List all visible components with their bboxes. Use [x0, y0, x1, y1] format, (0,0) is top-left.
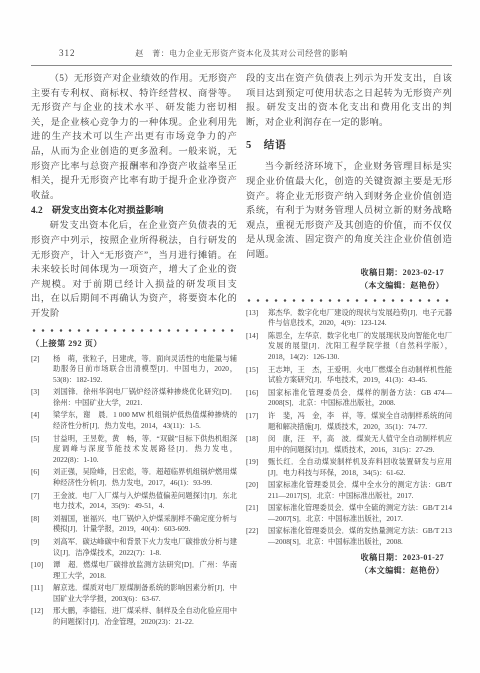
reference-text: 国家标准化管理委员会．煤中全硫的测定方法：GB/T 214—2007[S]．北京…: [268, 503, 452, 525]
two-column-body: （5）无形资产对企业绩效的作用。无形资产主要有专利权、商标权、特许经营权、商誉等…: [31, 72, 452, 629]
reference-item: [21] 国家标准化管理委员会．煤中全硫的测定方法：GB/T 214—2007[…: [246, 503, 452, 525]
reference-number: [3]: [31, 387, 53, 398]
paper-page: 312 赵 菁：电力企业无形资产资本化及其对公司经营的影响 （5）无形资产对企业…: [0, 0, 480, 673]
reference-item: [2] 杨 萌，张粒子，吕建虎，等．面向灵活性的电能量与辅助服务日前市场联合出清…: [31, 354, 237, 386]
reference-text: 刘正强，吴险峰，吕宏彪，等．超超临界机组锅炉燃用煤种经济性分析[J]．热力发电，…: [53, 467, 237, 489]
reference-number: [13]: [246, 308, 268, 319]
reference-item: [12] 邢大鹏，李德钰．进厂煤采样、制样及全自动化验应用中的问题探讨[J]．冶…: [31, 606, 237, 628]
reference-number: [12]: [31, 606, 53, 617]
reference-text: 刘高军．碳达峰碳中和背景下火力发电厂碳排放分析与建议[J]．洁净煤技术，2022…: [53, 537, 237, 559]
reference-number: [11]: [31, 583, 53, 594]
reference-text: 许 斐，冯 金，李 祥，等．煤炭全自动制样系统的问题和解决措施[J]．煤质技术，…: [268, 411, 452, 433]
section-heading-4-2: 4.2 研发支出资本化对损益影响: [31, 204, 237, 219]
reference-number: [4]: [31, 410, 53, 421]
editor-note: （本文编辑：赵艳份）: [246, 279, 452, 292]
reference-text: 杨 萌，张粒子，吕建虎，等．面向灵活性的电能量与辅助服务日前市场联合出清模型[J…: [53, 354, 237, 386]
reference-text: 陈思全，左华京．数字化电厂的发展现状及向智能化电厂发展的展望[J]．沈阳工程学院…: [268, 331, 452, 363]
paragraph-rd-capitalization-continued: 段的支出在资产负债表上列示为开发支出，自该项目达到预定可使用状态之日起转为无形资…: [246, 72, 452, 130]
received-date: 收稿日期：2023-01-27: [246, 551, 452, 564]
reference-number: [19]: [246, 457, 268, 468]
reference-text: 郑杰华．数字化电厂建设的现状与发展趋势[J]．电子元器件与信息技术，2020，4…: [268, 308, 452, 330]
reference-item: [17] 许 斐，冯 金，李 祥，等．煤炭全自动制样系统的问题和解决措施[J]．…: [246, 411, 452, 433]
reference-text: 甄长红．全自动煤炭制样机及弃料回收装置研发与应用[J]．电力科技与环保，2018…: [268, 457, 452, 479]
reference-text: 刘国锋．徐州华润电厂锅炉经济煤种掺烧优化研究[D]．徐州：中国矿业大学，2021…: [53, 387, 237, 409]
reference-text: 解京选．煤质对电厂原煤制备系统的影响因素分析[J]．中国矿业大学学报，2003(…: [53, 583, 237, 605]
reference-number: [9]: [31, 537, 53, 548]
reference-item: [10] 谭 超．燃煤电厂碳排放监测方法研究[D]．广州：华南理工大学，2018…: [31, 560, 237, 582]
reference-item: [18] 闵 康，汪 平，高 波．煤炭无人值守全自动制样机应用中的问题探讨[J]…: [246, 434, 452, 456]
reference-text: 国家标准化管理委员会．煤样的制备方法：GB 474—2008[S]．北京：中国标…: [268, 388, 452, 410]
continued-from-note: （上接第 292 页）: [31, 338, 237, 349]
received-date: 收稿日期：2023-02-17: [246, 266, 452, 279]
reference-text: 谭 超．燃煤电厂碳排放监测方法研究[D]．广州：华南理工大学，2018.: [53, 560, 237, 582]
reference-number: [6]: [31, 467, 53, 478]
left-column: （5）无形资产对企业绩效的作用。无形资产主要有专利权、商标权、特许经营权、商誉等…: [31, 72, 237, 629]
reference-text: 闵 康，汪 平，高 波．煤炭无人值守全自动制样机应用中的问题探讨[J]．煤质技术…: [268, 434, 452, 456]
reference-item: [8] 刘福国，崔福兴．电厂锅炉入炉煤采制样不确定度分析与模拟[J]．计量学报，…: [31, 514, 237, 536]
page-header: 312 赵 菁：电力企业无形资产资本化及其对公司经营的影响: [31, 48, 452, 62]
reference-item: [22] 国家标准化管理委员会．煤的发热量测定方法：GB/T 213—2008[…: [246, 526, 452, 548]
reference-text: 王金波．电厂入厂煤与入炉煤热值偏差问题探讨[J]．东北电力技术，2014，35(…: [53, 491, 237, 513]
reference-number: [2]: [31, 354, 53, 365]
reference-number: [14]: [246, 331, 268, 342]
editor-note: （本文编辑：赵艳份）: [246, 564, 452, 577]
reference-number: [20]: [246, 480, 268, 491]
reference-number: [5]: [31, 434, 53, 445]
reference-text: 国家标准化管理委员会．煤中全水分的测定方法：GB/T 211—2017[S]．北…: [268, 480, 452, 502]
reference-text: 国家标准化管理委员会．煤的发热量测定方法：GB/T 213—2008[S]．北京…: [268, 526, 452, 548]
paragraph-intangible-effects: （5）无形资产对企业绩效的作用。无形资产主要有专利权、商标权、特许经营权、商誉等…: [31, 72, 237, 203]
header-rule: [31, 65, 452, 66]
reference-item: [6] 刘正强，吴险峰，吕宏彪，等．超超临界机组锅炉燃用煤种经济性分析[J]．热…: [31, 467, 237, 489]
reference-number: [7]: [31, 491, 53, 502]
article-separator-dotted-line: [247, 299, 451, 302]
paragraph-rd-capitalization: 研发支出资本化后，在企业资产负债表的无形资产中列示，按照企业所得税法，自行研发的…: [31, 219, 237, 321]
reference-item: [20] 国家标准化管理委员会．煤中全水分的测定方法：GB/T 211—2017…: [246, 480, 452, 502]
reference-number: [18]: [246, 434, 268, 445]
reference-number: [8]: [31, 514, 53, 525]
reference-item: [5] 甘益明，王昱乾，黄 畅，等．“双碳”目标下供热机组深度调峰与深度节能技术…: [31, 434, 237, 466]
reference-item: [16] 国家标准化管理委员会．煤样的制备方法：GB 474—2008[S]．北…: [246, 388, 452, 410]
right-column: 段的支出在资产负债表上列示为开发支出，自该项目达到预定可使用状态之日起转为无形资…: [246, 72, 452, 629]
article-separator-dotted-line: [32, 329, 236, 332]
reference-item: [11] 解京选．煤质对电厂原煤制备系统的影响因素分析[J]．中国矿业大学学报，…: [31, 583, 237, 605]
reference-item: [9] 刘高军．碳达峰碳中和背景下火力发电厂碳排放分析与建议[J]．洁净煤技术，…: [31, 537, 237, 559]
reference-text: 刘福国，崔福兴．电厂锅炉入炉煤采制样不确定度分析与模拟[J]．计量学报，2019…: [53, 514, 237, 536]
reference-item: [7] 王金波．电厂入厂煤与入炉煤热值偏差问题探讨[J]．东北电力技术，2014…: [31, 491, 237, 513]
reference-text: 王志坤，王 杰，王爱明．火电厂燃煤全自动制样机性能试验方案研究[J]．华电技术，…: [268, 365, 452, 387]
reference-number: [16]: [246, 388, 268, 399]
reference-number: [15]: [246, 365, 268, 376]
paragraph-conclusion: 当今新经济环境下，企业财务管理目标是实现企业价值最大化，创造的关键资源主要是无形…: [246, 160, 452, 262]
reference-item: [15] 王志坤，王 杰，王爱明．火电厂燃煤全自动制样机性能试验方案研究[J]．…: [246, 365, 452, 387]
reference-number: [21]: [246, 503, 268, 514]
reference-item: [14] 陈思全，左华京．数字化电厂的发展现状及向智能化电厂发展的展望[J]．沈…: [246, 331, 452, 363]
reference-text: 甘益明，王昱乾，黄 畅，等．“双碳”目标下供热机组深度调峰与深度节能技术发展路径…: [53, 434, 237, 466]
reference-item: [13] 郑杰华．数字化电厂建设的现状与发展趋势[J]．电子元器件与信息技术，2…: [246, 308, 452, 330]
reference-number: [17]: [246, 411, 268, 422]
reference-text: 邢大鹏，李德钰．进厂煤采样、制样及全自动化验应用中的问题探讨[J]．冶金管理，2…: [53, 606, 237, 628]
section-heading-5: 5 结语: [246, 139, 452, 153]
reference-item: [3] 刘国锋．徐州华润电厂锅炉经济煤种掺烧优化研究[D]．徐州：中国矿业大学，…: [31, 387, 237, 409]
reference-number: [22]: [246, 526, 268, 537]
reference-number: [10]: [31, 560, 53, 571]
reference-text: 梁学东，谢 晨．1 000 MW 机组锅炉低热值煤种掺烧的经济性分析[J]．热力…: [53, 410, 237, 432]
running-title: 赵 菁：电力企业无形资产资本化及其对公司经营的影响: [31, 48, 452, 59]
reference-item: [4] 梁学东，谢 晨．1 000 MW 机组锅炉低热值煤种掺烧的经济性分析[J…: [31, 410, 237, 432]
reference-item: [19] 甄长红．全自动煤炭制样机及弃料回收装置研发与应用[J]．电力科技与环保…: [246, 457, 452, 479]
page-number: 312: [59, 48, 76, 58]
